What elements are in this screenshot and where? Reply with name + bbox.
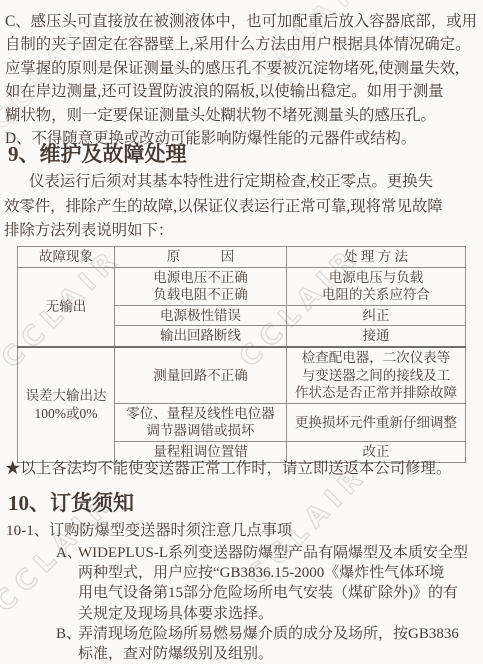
col-header-cause: 原 因 xyxy=(115,247,287,268)
table-row: 无输出 电源电压不正确 负载电阻不正确 电源电压与负载 电阻的关系应符合 xyxy=(18,267,466,305)
table-row: 误差大输出达 100%或0% 测量回路不正确 检查配电器，二次仪表等 与变送器之… xyxy=(18,347,466,403)
col-header-remedy: 处 理 方 法 xyxy=(287,247,466,268)
section9-paragraph: 仪表运行后须对其基本特性进行定期检查,校正零点。更换失效零件，排除产生的故障,以… xyxy=(4,169,443,243)
ordering-item-b: B、 弄清现场危险场所易燃易爆介质的成分及场所，按GB3836标准，查对防爆级别… xyxy=(0,622,483,662)
remedy-cell: 接通 xyxy=(287,326,466,347)
fault-phenomenon-cell: 无输出 xyxy=(18,267,115,347)
ordering-notes: A、 WIDEPLUS-L系列变送器防爆型产品有隔爆型及本质安全型两种型式，用户… xyxy=(0,541,483,662)
cause-cell: 电源电压不正确 负载电阻不正确 xyxy=(115,267,287,305)
manual-page: CCLAIR CCLAIR CCLAIR CCLAIR CCLAIR CCLAI… xyxy=(0,0,483,664)
troubleshooting-table: 故障现象 原 因 处 理 方 法 无输出 电源电压不正确 负载电阻不正确 电源电… xyxy=(17,246,466,463)
cause-cell: 输出回路断线 xyxy=(115,326,287,347)
cause-cell: 零位、量程及线性电位器 调节器调错或损坏 xyxy=(115,403,287,441)
section9-heading: 9、维护及故障处理 xyxy=(8,138,187,168)
section10-heading: 10、订货须知 xyxy=(8,487,134,517)
col-header-phenomenon: 故障现象 xyxy=(18,247,115,268)
section10-subheading: 10-1、订购防爆型变送器时须注意几点事项 xyxy=(6,519,292,540)
item-b-label: B、 xyxy=(56,622,81,642)
item-a-label: A、 xyxy=(56,541,82,561)
page-content: C、感压头可直接放在被测液体中，也可加配重后放入容器底部，或用自制的夹子固定在容… xyxy=(0,0,483,664)
cause-cell: 测量回路不正确 xyxy=(115,347,287,403)
remedy-cell: 检查配电器，二次仪表等 与变送器之间的接线及工 作状态是否正常并排除故障 xyxy=(287,347,466,403)
remedy-cell: 纠正 xyxy=(287,305,466,326)
item-a-text: WIDEPLUS-L系列变送器防爆型产品有隔爆型及本质安全型两种型式，用户应按“… xyxy=(78,541,483,622)
remedy-cell: 更换损坏元件重新仔细调整 xyxy=(287,403,466,441)
cause-cell: 电源极性错误 xyxy=(115,305,287,326)
intro-paragraph: C、感压头可直接放在被测液体中，也可加配重后放入容器底部，或用自制的夹子固定在容… xyxy=(5,9,477,149)
fault-phenomenon-cell: 误差大输出达 100%或0% xyxy=(18,347,115,462)
remedy-cell: 电源电压与负载 电阻的关系应符合 xyxy=(287,267,466,305)
item-b-text: 弄清现场危险场所易燃易爆介质的成分及场所，按GB3836标准，查对防爆级别及组别… xyxy=(78,622,483,662)
repair-note: ★以上各法均不能使变送器正常工作时，请立即送返本公司修理。 xyxy=(5,456,451,478)
ordering-item-a: A、 WIDEPLUS-L系列变送器防爆型产品有隔爆型及本质安全型两种型式，用户… xyxy=(0,541,483,622)
